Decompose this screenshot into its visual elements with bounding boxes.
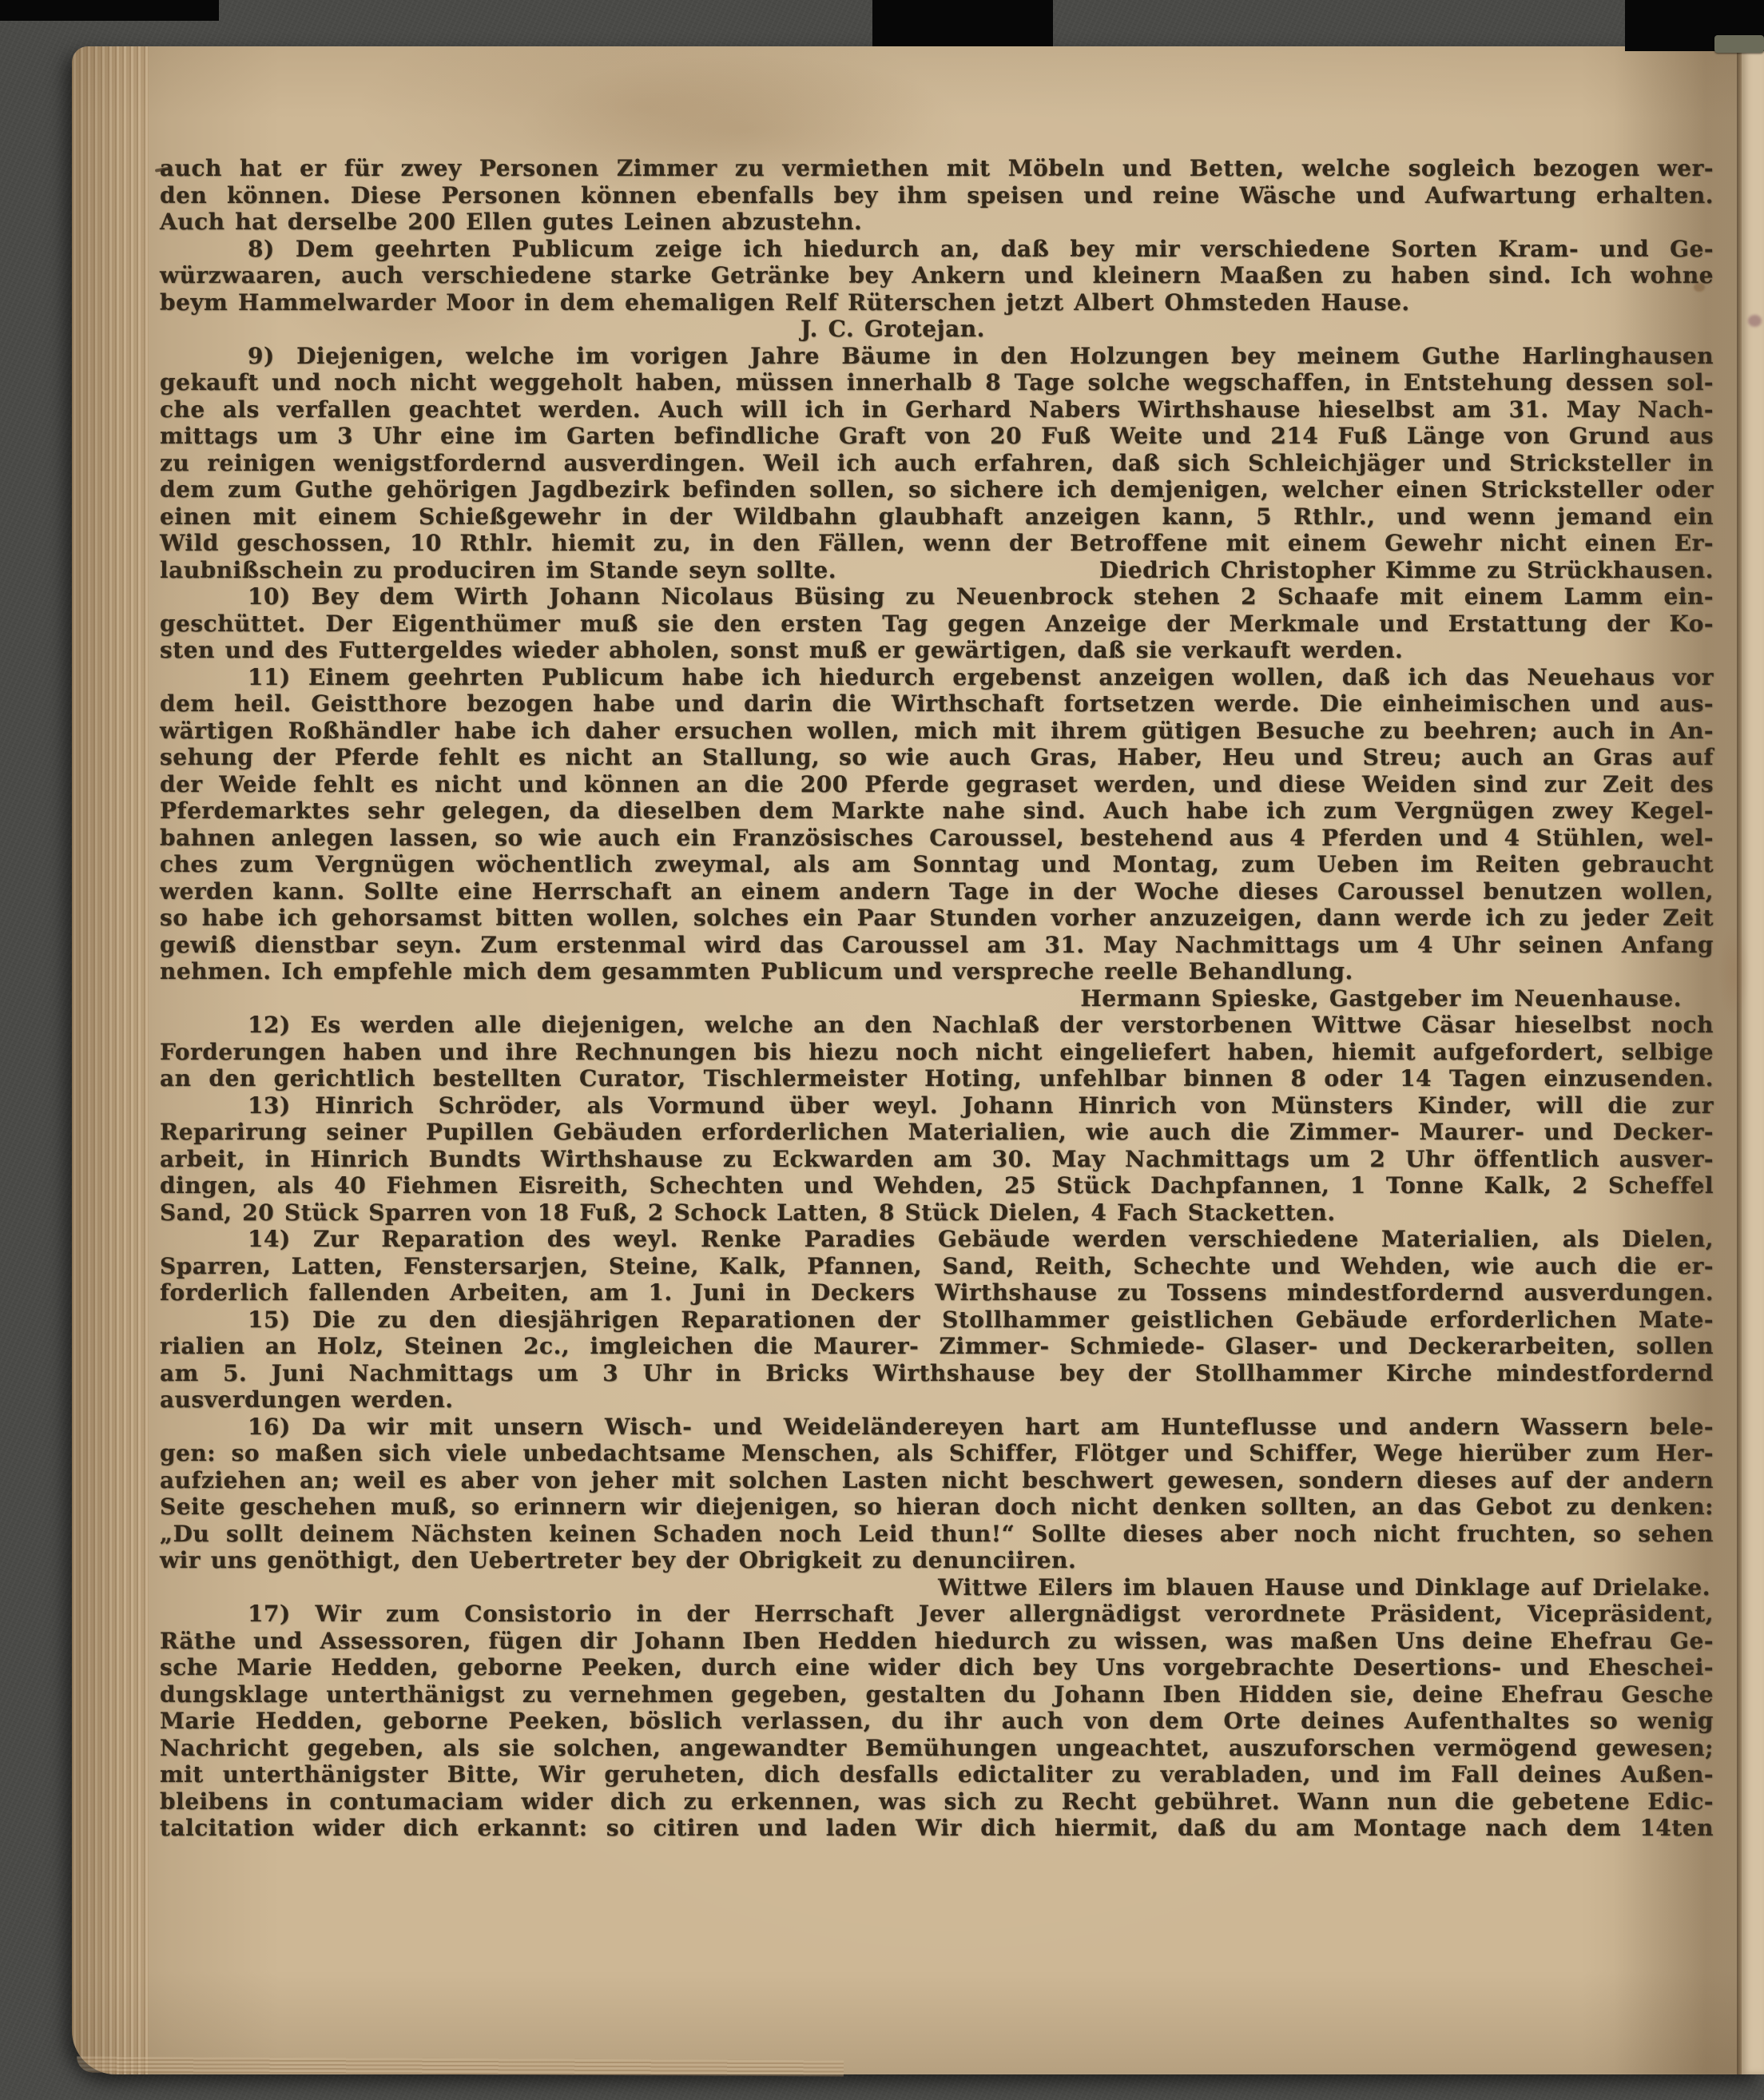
text-line: Nachricht gegeben, als sie solchen, ange… bbox=[160, 1735, 1714, 1762]
text-line: werden kann. Sollte eine Herrschaft an e… bbox=[160, 878, 1714, 905]
text-line: Forderungen haben und ihre Rechnungen bi… bbox=[160, 1039, 1714, 1066]
text-line: würzwaaren, auch verschiedene starke Get… bbox=[160, 262, 1714, 289]
text-line: so habe ich gehorsamst bitten wollen, so… bbox=[160, 905, 1714, 932]
text-line: mittags um 3 Uhr eine im Garten befindli… bbox=[160, 423, 1714, 450]
text-line: 15) Die zu den diesjährigen Reparationen… bbox=[160, 1307, 1714, 1334]
text-segment: laubnißschein zu produciren im Stande se… bbox=[160, 557, 836, 584]
text-line: Pferdemarktes sehr gelegen, da dieselben… bbox=[160, 797, 1714, 825]
text-line: geschüttet. Der Eigenthümer muß sie den … bbox=[160, 611, 1714, 638]
text-line: wärtigen Roßhändler habe ich daher ersuc… bbox=[160, 718, 1714, 745]
text-line: 16) Da wir mit unsern Wisch- und Weidelä… bbox=[160, 1414, 1714, 1441]
next-page-edge bbox=[1742, 49, 1764, 2074]
text-line: auch hat er für zwey Personen Zimmer zu … bbox=[160, 155, 1714, 182]
text-line: Sand, 20 Stück Sparren von 18 Fuß, 2 Sch… bbox=[160, 1199, 1714, 1227]
text-line: 17) Wir zum Consistorio in der Herrschaf… bbox=[160, 1601, 1714, 1628]
text-line: bleibens in contumaciam wider dich zu er… bbox=[160, 1788, 1714, 1816]
scanner-mask bbox=[872, 0, 1053, 46]
text-line: wir uns genöthigt, den Uebertreter bey d… bbox=[160, 1547, 1714, 1574]
signature-segment: Diedrich Christopher Kimme zu Strückhaus… bbox=[1099, 557, 1714, 584]
text-line: 11) Einem geehrten Publicum habe ich hie… bbox=[160, 664, 1714, 691]
scan-background: { "document": { "kind": "historical news… bbox=[0, 0, 1764, 2100]
signature-line: J. C. Grotejan. bbox=[160, 316, 1714, 343]
text-line: ausverdungen werden. bbox=[160, 1386, 1714, 1414]
text-block: auch hat er für zwey Personen Zimmer zu … bbox=[160, 155, 1714, 1842]
text-line: Reparirung seiner Pupillen Gebäuden erfo… bbox=[160, 1119, 1714, 1146]
text-line: Seite geschehen muß, so erinnern wir die… bbox=[160, 1493, 1714, 1521]
text-line: gewiß dienstbar seyn. Zum erstenmal wird… bbox=[160, 932, 1714, 959]
text-line: mit unterthänigster Bitte, Wir geruheten… bbox=[160, 1761, 1714, 1788]
paper-fragment bbox=[1714, 35, 1764, 53]
scanner-mask bbox=[0, 0, 219, 21]
page-bottom-edge bbox=[77, 2056, 844, 2076]
text-line: arbeit, in Hinrich Bundts Wirthshause zu… bbox=[160, 1146, 1714, 1173]
text-line: 12) Es werden alle diejenigen, welche an… bbox=[160, 1012, 1714, 1039]
text-line: einen mit einem Schießgewehr in der Wild… bbox=[160, 503, 1714, 531]
text-line: talcitation wider dich erkannt: so citir… bbox=[160, 1815, 1714, 1842]
text-line: „Du sollt deinem Nächsten keinen Schaden… bbox=[160, 1521, 1714, 1548]
text-line: nehmen. Ich empfehle mich dem gesammten … bbox=[160, 958, 1714, 985]
page-edge-stack bbox=[72, 46, 149, 2074]
text-line: gen: so maßen sich viele unbedachtsame M… bbox=[160, 1440, 1714, 1467]
text-line: ches zum Vergnügen wöchentlich zweymal, … bbox=[160, 851, 1714, 878]
text-line: laubnißschein zu produciren im Stande se… bbox=[160, 557, 1714, 584]
text-line: der Weide fehlt es nicht und können an d… bbox=[160, 771, 1714, 798]
text-line: an den gerichtlich bestellten Curator, T… bbox=[160, 1065, 1714, 1092]
text-line: dem heil. Geistthore bezogen habe und da… bbox=[160, 690, 1714, 718]
text-line: gekauft und noch nicht weggeholt haben, … bbox=[160, 369, 1714, 396]
text-line: sten und des Futtergeldes wieder abholen… bbox=[160, 637, 1714, 664]
text-line: aufziehen an; weil es aber von jeher mit… bbox=[160, 1467, 1714, 1494]
text-line: dem zum Guthe gehörigen Jagdbezirk befin… bbox=[160, 476, 1714, 503]
text-line: forderlich fallenden Arbeiten, am 1. Jun… bbox=[160, 1279, 1714, 1307]
text-line: 8) Dem geehrten Publicum zeige ich hiedu… bbox=[160, 236, 1714, 263]
text-line: sehung der Pferde fehlt es nicht an Stal… bbox=[160, 744, 1714, 771]
text-line: am 5. Juni Nachmittags um 3 Uhr in Brick… bbox=[160, 1360, 1714, 1387]
text-line: Marie Hedden, geborne Peeken, böslich ve… bbox=[160, 1708, 1714, 1735]
text-line: rialien an Holz, Steinen 2c., imgleichen… bbox=[160, 1333, 1714, 1360]
book-page: auch hat er für zwey Personen Zimmer zu … bbox=[72, 46, 1764, 2074]
text-line: den können. Diese Personen können ebenfa… bbox=[160, 182, 1714, 209]
text-line: zu reinigen wenigstfordernd ausverdingen… bbox=[160, 450, 1714, 477]
text-line: 9) Diejenigen, welche im vorigen Jahre B… bbox=[160, 343, 1714, 370]
text-line: 14) Zur Reparation des weyl. Renke Parad… bbox=[160, 1226, 1714, 1253]
text-line: beym Hammelwarder Moor in dem ehemaligen… bbox=[160, 289, 1714, 316]
signature-line: Hermann Spieske, Gastgeber im Neuenhause… bbox=[160, 985, 1714, 1012]
text-line: dungsklage unterthänigst zu vernehmen ge… bbox=[160, 1681, 1714, 1708]
signature-line: Wittwe Eilers im blauen Hause und Dinkla… bbox=[160, 1574, 1714, 1601]
text-line: Wild geschossen, 10 Rthlr. hiemit zu, in… bbox=[160, 530, 1714, 557]
text-line: Auch hat derselbe 200 Ellen gutes Leinen… bbox=[160, 209, 1714, 236]
text-line: bahnen anlegen lassen, so wie auch ein F… bbox=[160, 825, 1714, 852]
text-line: sche Marie Hedden, geborne Peeken, durch… bbox=[160, 1654, 1714, 1681]
text-line: Sparren, Latten, Fenstersarjen, Steine, … bbox=[160, 1253, 1714, 1280]
text-line: 13) Hinrich Schröder, als Vormund über w… bbox=[160, 1092, 1714, 1120]
text-line: che als verfallen geachtet werden. Auch … bbox=[160, 396, 1714, 424]
text-line: dingen, als 40 Fiehmen Eisreith, Schecht… bbox=[160, 1172, 1714, 1199]
text-line: 10) Bey dem Wirth Johann Nicolaus Büsing… bbox=[160, 583, 1714, 611]
text-line: Räthe und Assessoren, fügen dir Johann I… bbox=[160, 1628, 1714, 1655]
